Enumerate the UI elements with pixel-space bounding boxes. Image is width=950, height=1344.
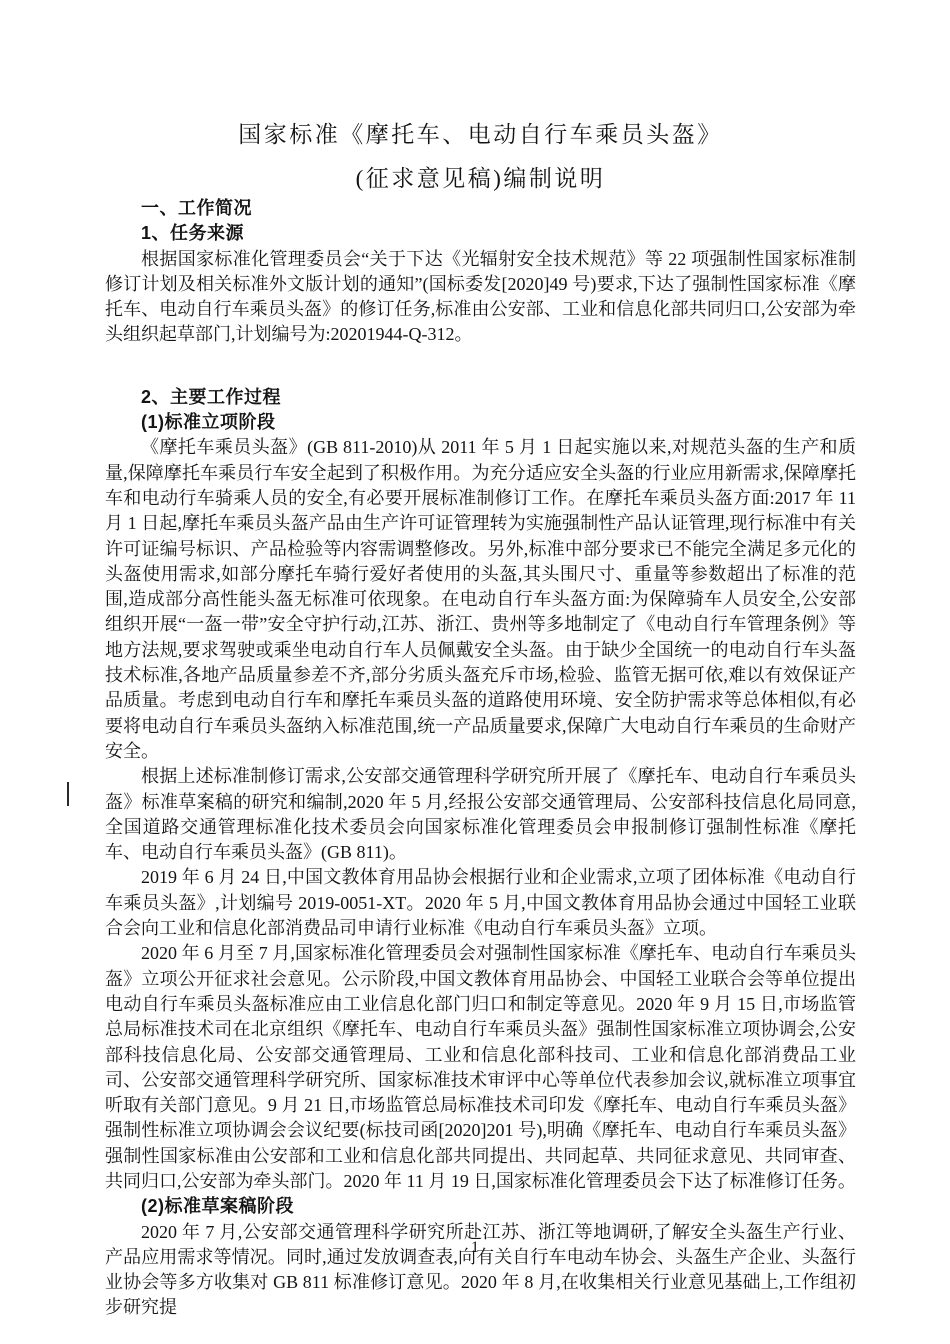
- document-page: 国家标准《摩托车、电动自行车乘员头盔》 (征求意见稿)编制说明 一、工作简况1、…: [0, 0, 950, 1344]
- document-content: 国家标准《摩托车、电动自行车乘员头盔》 (征求意见稿)编制说明 一、工作简况1、…: [105, 113, 856, 1321]
- blank-line: [105, 348, 856, 385]
- paragraph: 2020 年 6 月至 7 月,国家标准化管理委员会对强制性国家标准《摩托车、电…: [105, 941, 856, 1194]
- paragraph: 2019 年 6 月 24 日,中国文教体育用品协会根据行业和企业需求,立项了团…: [105, 865, 856, 941]
- revision-change-bar-icon: [67, 782, 69, 806]
- page-number: 1: [0, 1239, 950, 1257]
- paragraph: 《摩托车乘员头盔》(GB 811-2010)从 2011 年 5 月 1 日起实…: [105, 435, 856, 764]
- section-heading: (2)标准草案稿阶段: [105, 1194, 856, 1219]
- paragraph: 根据上述标准制修订需求,公安部交通管理科学研究所开展了《摩托车、电动自行车乘员头…: [105, 764, 856, 865]
- section-heading: 1、任务来源: [105, 221, 856, 246]
- document-title-line2: (征求意见稿)编制说明: [105, 157, 856, 201]
- document-body: 一、工作简况1、任务来源根据国家标准化管理委员会“关于下达《光辐射安全技术规范》…: [105, 196, 856, 1321]
- section-heading: 2、主要工作过程: [105, 385, 856, 410]
- section-heading: (1)标准立项阶段: [105, 410, 856, 435]
- document-title-line1: 国家标准《摩托车、电动自行车乘员头盔》: [105, 113, 856, 157]
- paragraph: 2020 年 7 月,公安部交通管理科学研究所赴江苏、浙江等地调研,了解安全头盔…: [105, 1220, 856, 1321]
- paragraph: 根据国家标准化管理委员会“关于下达《光辐射安全技术规范》等 22 项强制性国家标…: [105, 247, 856, 348]
